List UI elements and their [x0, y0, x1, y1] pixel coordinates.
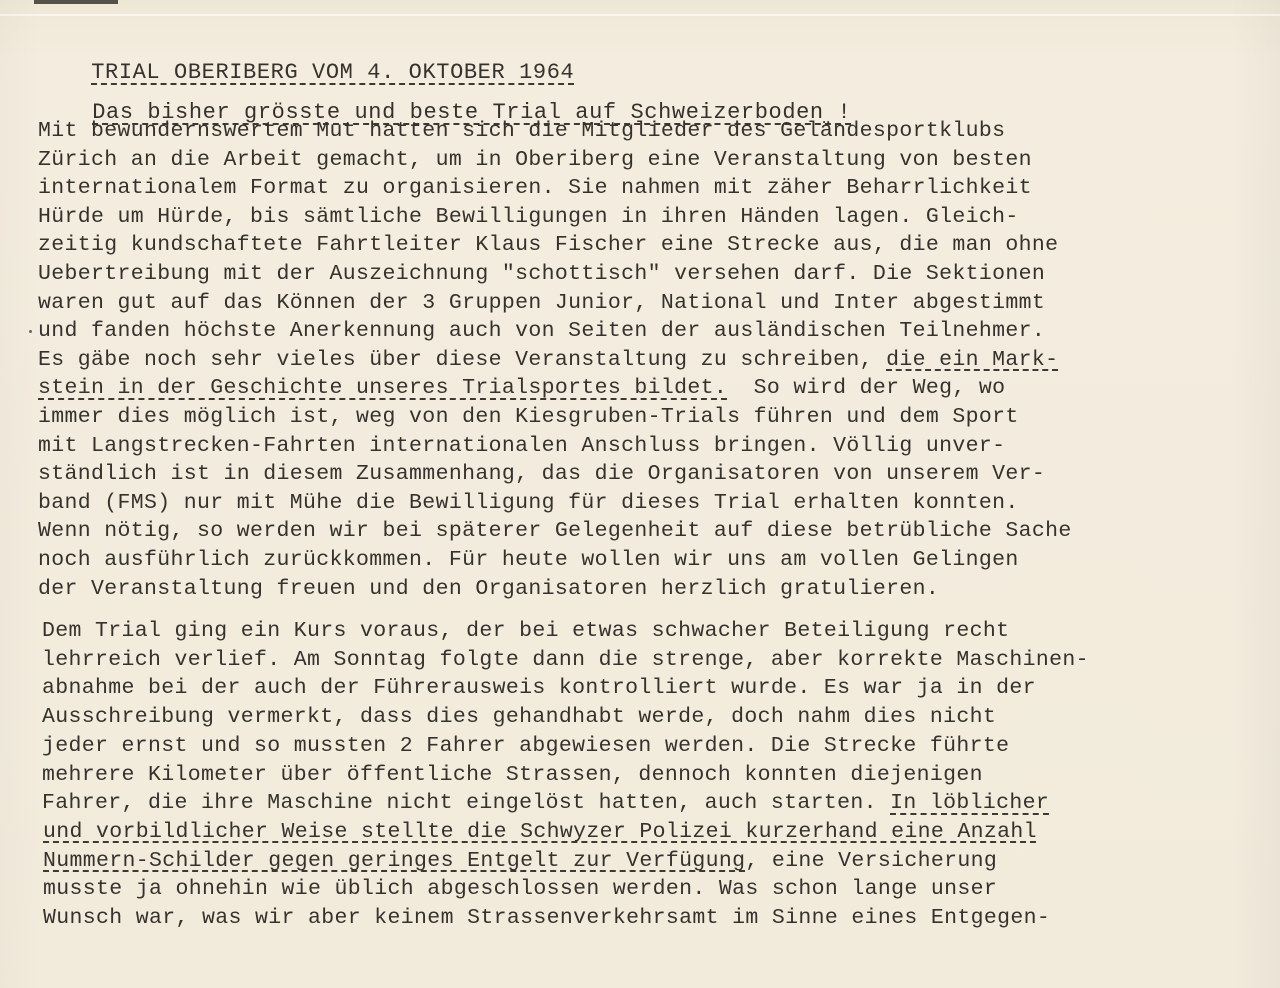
text-segment: Ausschreibung vermerkt, dass dies gehand… — [42, 705, 996, 729]
text-line: noch ausführlich zurückkommen. Für heute… — [38, 547, 1019, 573]
paper-crease — [0, 14, 1280, 16]
text-line: ständlich ist in diesem Zusammenhang, da… — [38, 461, 1045, 487]
text-line: Dem Trial ging ein Kurs voraus, der bei … — [42, 618, 1009, 644]
text-line: Es gäbe noch sehr vieles über diese Vera… — [38, 347, 1058, 373]
text-line: waren gut auf das Können der 3 Gruppen J… — [38, 290, 1045, 316]
underlined-text: In löblicher — [890, 791, 1049, 815]
text-line: Hürde um Hürde, bis sämtliche Bewilligun… — [38, 204, 1019, 230]
cut-off-header-mark — [34, 0, 118, 4]
text-line: Zürich an die Arbeit gemacht, um in Ober… — [38, 147, 1032, 173]
text-segment: lehrreich verlief. Am Sonntag folgte dan… — [42, 648, 1089, 672]
text-line: mit Langstrecken-Fahrten internationalen… — [38, 433, 1005, 459]
text-line: stein in der Geschichte unseres Trialspo… — [38, 375, 1005, 401]
text-segment: internationalem Format zu organisieren. … — [38, 176, 1032, 200]
text-line: Wenn nötig, so werden wir bei späterer G… — [38, 518, 1072, 544]
text-segment: Fahrer, die ihre Maschine nicht eingelös… — [42, 791, 890, 815]
text-segment: Es gäbe noch sehr vieles über diese Vera… — [38, 348, 886, 372]
typewritten-page: TRIAL OBERIBERG VOM 4. OKTOBER 1964 Das … — [0, 0, 1280, 988]
paper-speck — [29, 330, 32, 333]
text-line: internationalem Format zu organisieren. … — [38, 175, 1032, 201]
text-line: zeitig kundschaftete Fahrtleiter Klaus F… — [38, 232, 1058, 258]
text-segment: mit Langstrecken-Fahrten internationalen… — [38, 434, 1005, 458]
underlined-text: die ein Mark- — [886, 348, 1058, 372]
text-line: und fanden höchste Anerkennung auch von … — [38, 318, 1045, 344]
underlined-text: Nummern-Schilder gegen geringes Entgelt … — [43, 849, 745, 873]
text-segment: Hürde um Hürde, bis sämtliche Bewilligun… — [38, 205, 1019, 229]
text-line: abnahme bei der auch der Führerausweis k… — [42, 675, 1036, 701]
text-line: band (FMS) nur mit Mühe die Bewilligung … — [38, 490, 1019, 516]
text-segment: musste ja ohnehin wie üblich abgeschloss… — [43, 877, 997, 901]
text-segment: Wunsch war, was wir aber keinem Strassen… — [43, 906, 1050, 930]
text-segment: Uebertreibung mit der Auszeichnung "scho… — [38, 262, 1045, 286]
text-line: musste ja ohnehin wie üblich abgeschloss… — [43, 876, 997, 902]
text-line: jeder ernst und so mussten 2 Fahrer abge… — [42, 733, 1009, 759]
text-line: der Veranstaltung freuen und den Organis… — [38, 576, 939, 602]
text-line: immer dies möglich ist, weg von den Kies… — [38, 404, 1019, 430]
underlined-text: stein in der Geschichte unseres Trialspo… — [38, 376, 727, 400]
text-segment: und fanden höchste Anerkennung auch von … — [38, 319, 1045, 343]
text-segment: noch ausführlich zurückkommen. Für heute… — [38, 548, 1019, 572]
text-segment: abnahme bei der auch der Führerausweis k… — [42, 676, 1036, 700]
text-line: und vorbildlicher Weise stellte die Schw… — [43, 819, 1037, 845]
text-line: Ausschreibung vermerkt, dass dies gehand… — [42, 704, 996, 730]
text-segment: immer dies möglich ist, weg von den Kies… — [38, 405, 1019, 429]
text-segment: der Veranstaltung freuen und den Organis… — [38, 577, 939, 601]
text-segment: waren gut auf das Können der 3 Gruppen J… — [38, 291, 1045, 315]
text-segment: Dem Trial ging ein Kurs voraus, der bei … — [42, 619, 1009, 643]
text-segment: Zürich an die Arbeit gemacht, um in Ober… — [38, 148, 1032, 172]
text-segment: ständlich ist in diesem Zusammenhang, da… — [38, 462, 1045, 486]
text-line: Fahrer, die ihre Maschine nicht eingelös… — [42, 790, 1049, 816]
text-segment: band (FMS) nur mit Mühe die Bewilligung … — [38, 491, 1019, 515]
text-line: lehrreich verlief. Am Sonntag folgte dan… — [42, 647, 1089, 673]
text-segment: So wird der Weg, wo — [727, 376, 1005, 400]
text-line: Wunsch war, was wir aber keinem Strassen… — [43, 905, 1050, 931]
text-segment: , eine Versicherung — [745, 849, 997, 873]
text-line: Nummern-Schilder gegen geringes Entgelt … — [43, 848, 997, 874]
text-line: Uebertreibung mit der Auszeichnung "scho… — [38, 261, 1045, 287]
text-line: mehrere Kilometer über öffentliche Stras… — [42, 762, 983, 788]
underlined-text: und vorbildlicher Weise stellte die Schw… — [43, 820, 1037, 844]
text-segment: Mit bewundernswertem Mut hatten sich die… — [38, 119, 1005, 143]
text-segment: Wenn nötig, so werden wir bei späterer G… — [38, 519, 1072, 543]
text-segment: mehrere Kilometer über öffentliche Stras… — [42, 763, 983, 787]
text-line: Mit bewundernswertem Mut hatten sich die… — [38, 118, 1005, 144]
text-segment: jeder ernst und so mussten 2 Fahrer abge… — [42, 734, 1009, 758]
text-segment: zeitig kundschaftete Fahrtleiter Klaus F… — [38, 233, 1058, 257]
